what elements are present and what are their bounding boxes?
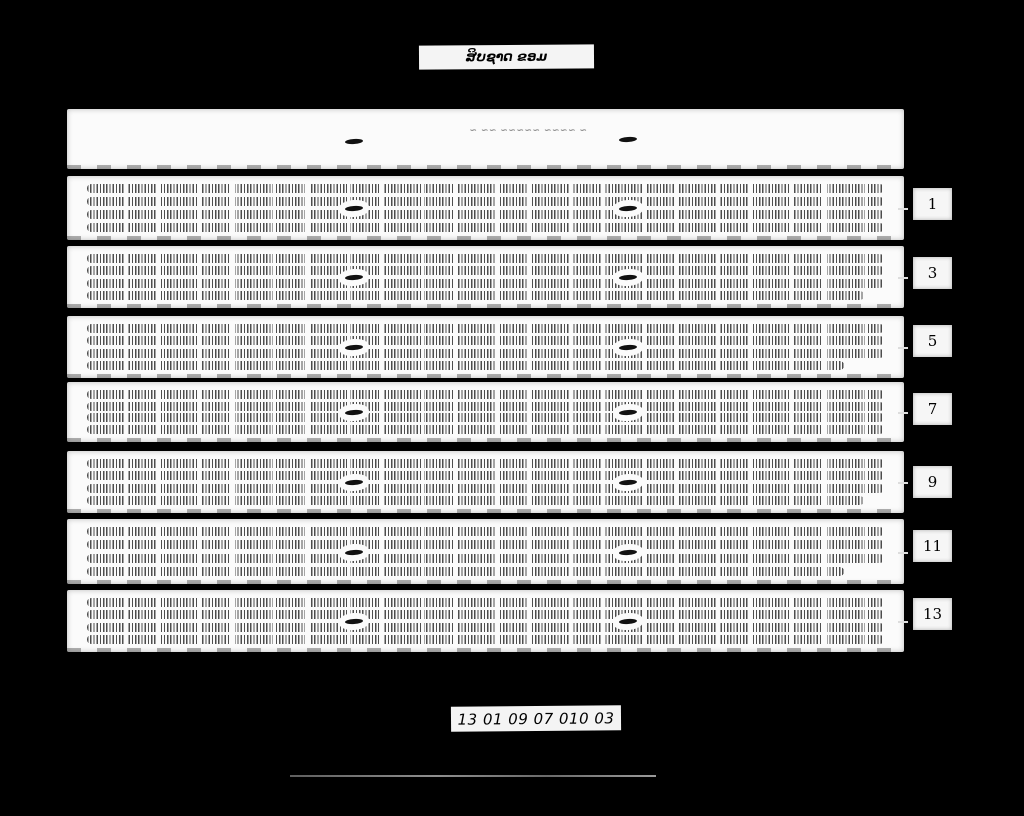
script-text-block [87, 598, 884, 644]
leaf-edge-mark [898, 482, 908, 484]
manuscript-leaf-1 [67, 176, 904, 240]
script-line [87, 210, 884, 219]
page-number-label: 1 [913, 188, 952, 220]
script-line [87, 197, 884, 206]
script-line [87, 349, 884, 358]
script-text-block [87, 459, 884, 505]
script-line [87, 266, 884, 275]
script-line [87, 471, 884, 480]
script-text-block [87, 527, 884, 576]
script-line [87, 425, 884, 434]
page-number-label: 9 [913, 466, 952, 498]
script-line [87, 567, 844, 576]
leaf-edge-mark [898, 552, 908, 554]
script-line [87, 554, 884, 563]
script-line [87, 459, 884, 468]
script-text-block [87, 184, 884, 232]
manuscript-leaf-13 [67, 590, 904, 652]
cover-leaf: ~ ~~~~ ~~~~~ ~~ ~ [67, 109, 904, 169]
script-text-block [87, 254, 884, 300]
leaf-edge-mark [898, 208, 908, 210]
script-line [87, 361, 844, 370]
script-line [87, 184, 884, 193]
script-line [87, 254, 884, 263]
binding-hole-left [345, 138, 363, 144]
manuscript-leaf-5 [67, 316, 904, 378]
script-line [87, 390, 884, 399]
script-line [87, 540, 884, 549]
page-number-label: 3 [913, 257, 952, 289]
manuscript-leaf-11 [67, 519, 904, 584]
script-line [87, 413, 884, 422]
script-line [87, 635, 884, 644]
leaf-edge-mark [898, 277, 908, 279]
script-line [87, 324, 884, 333]
script-line [87, 402, 884, 411]
script-text-block [87, 390, 884, 434]
manuscript-leaf-7 [67, 382, 904, 442]
script-line [87, 598, 884, 607]
script-line [87, 291, 864, 300]
scale-bar [290, 775, 656, 777]
script-line [87, 527, 884, 536]
page-number-label: 5 [913, 325, 952, 357]
script-line [87, 623, 884, 632]
script-line [87, 223, 884, 232]
leaf-edge-mark [898, 621, 908, 623]
cover-faint-inscription: ~ ~~~~ ~~~~~ ~~ ~ [469, 126, 587, 136]
leaf-edge-mark [898, 412, 908, 414]
page-number-label: 11 [913, 530, 952, 562]
leaf-edge-mark [898, 347, 908, 349]
manuscript-leaf-9 [67, 451, 904, 513]
script-line [87, 496, 864, 505]
binding-hole-right [619, 136, 637, 142]
script-line [87, 279, 884, 288]
script-text-block [87, 324, 884, 370]
page-number-label: 7 [913, 393, 952, 425]
script-line [87, 484, 884, 493]
catalog-code-label: 13 01 09 07 010 03 [451, 705, 621, 731]
script-line [87, 336, 884, 345]
manuscript-leaf-3 [67, 246, 904, 308]
script-line [87, 610, 884, 619]
page-number-label: 13 [913, 598, 952, 630]
manuscript-title-label: ສິບຊາດ ຂອມ [419, 44, 594, 69]
